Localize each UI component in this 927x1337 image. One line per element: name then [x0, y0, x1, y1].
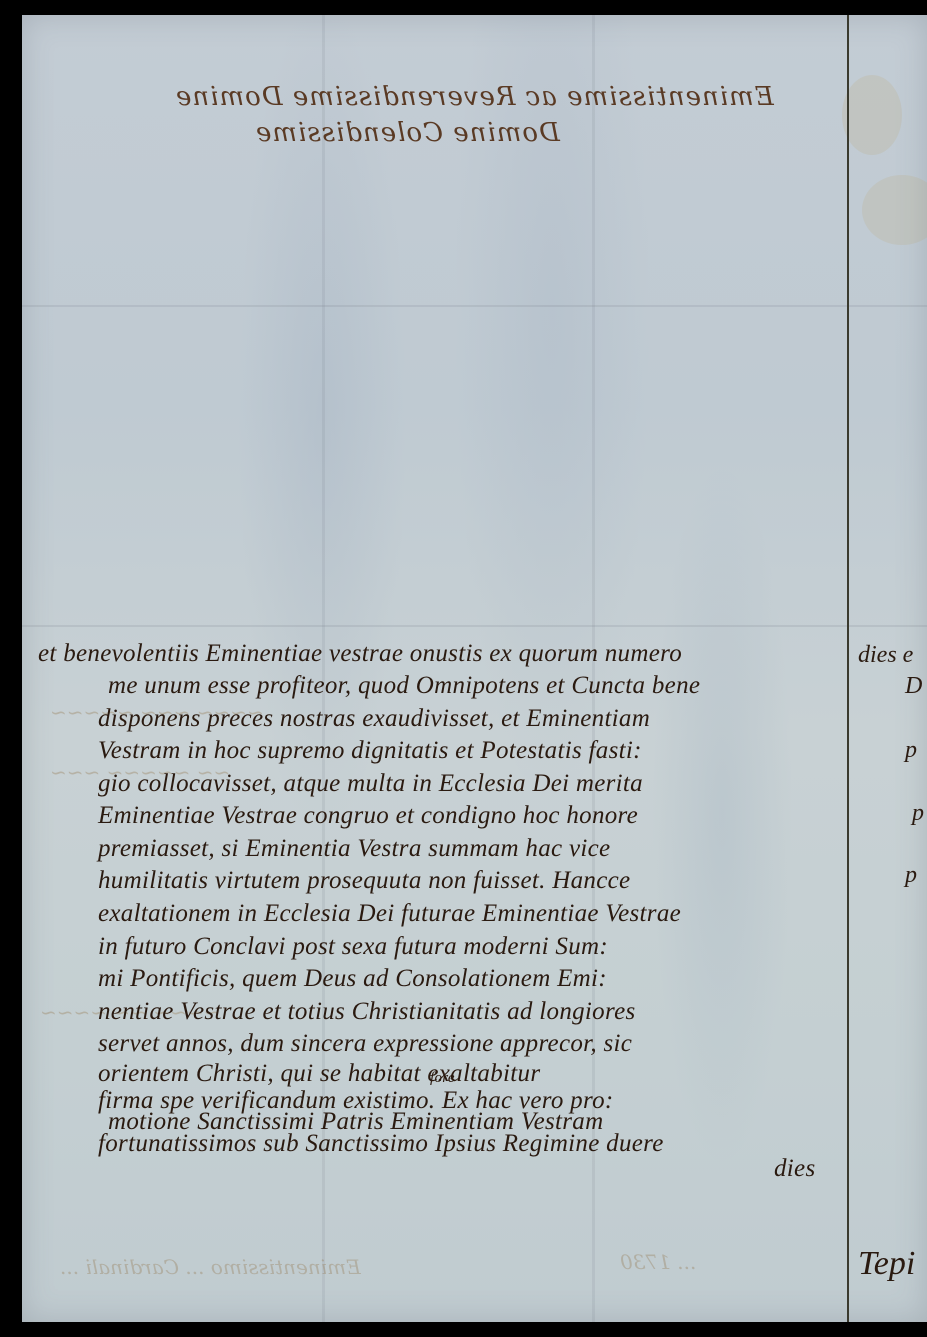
adjacent-page-word: Tepi — [858, 1245, 915, 1283]
text-line: nentiae Vestrae et totius Christianitati… — [98, 998, 636, 1026]
adjacent-page-text: p — [912, 800, 924, 827]
adjacent-page-text: dies e — [858, 642, 913, 669]
text-line: Eminentiae Vestrae congruo et condigno h… — [98, 802, 638, 830]
text-line: orientem Christi, qui se habitat exaltab… — [98, 1060, 540, 1088]
bleed-through-bottom-right: ... 1730 — [620, 1250, 696, 1274]
superscript-insertion: fore — [430, 1070, 455, 1087]
paper-fold-horizontal — [22, 625, 927, 627]
adjacent-page-text: D — [905, 673, 922, 700]
text-line: fortunatissimos sub Sanctissimo Ipsius R… — [98, 1130, 664, 1158]
text-line: et benevolentiis Eminentiae vestrae onus… — [38, 640, 682, 668]
text-line: servet annos, dum sincera expressione ap… — [98, 1030, 632, 1058]
text-line: mi Pontificis, quem Deus ad Consolatione… — [98, 965, 607, 993]
text-line: in futuro Conclavi post sexa futura mode… — [98, 933, 608, 961]
page-edge-divider — [847, 15, 849, 1322]
bleed-through-bottom-left: Eminentissimo ... Cardinali ... — [60, 1255, 361, 1279]
paper-fold-horizontal — [22, 305, 927, 307]
bleed-through-address-line-1: Eminentissime ac Reverendissime Domine — [175, 82, 774, 112]
text-line: humilitatis virtutem prosequuta non fuis… — [98, 867, 630, 895]
text-line: premiasset, si Eminentia Vestra summam h… — [98, 835, 610, 863]
paper-stain — [862, 175, 927, 245]
text-line: exaltationem in Ecclesia Dei futurae Emi… — [98, 900, 681, 928]
text-line: me unum esse profiteor, quod Omnipotens … — [108, 672, 700, 700]
text-line: gio collocavisset, atque multa in Eccles… — [98, 770, 643, 798]
adjacent-page-text: p — [905, 737, 917, 764]
text-line: disponens preces nostras exaudivisset, e… — [98, 705, 650, 733]
text-line: Vestram in hoc supremo dignitatis et Pot… — [98, 737, 642, 765]
paper-stain — [842, 75, 902, 155]
catchword: dies — [774, 1155, 815, 1183]
adjacent-page-text: p — [905, 862, 917, 889]
bleed-through-address-line-2: Domine Colendissime — [255, 118, 560, 148]
